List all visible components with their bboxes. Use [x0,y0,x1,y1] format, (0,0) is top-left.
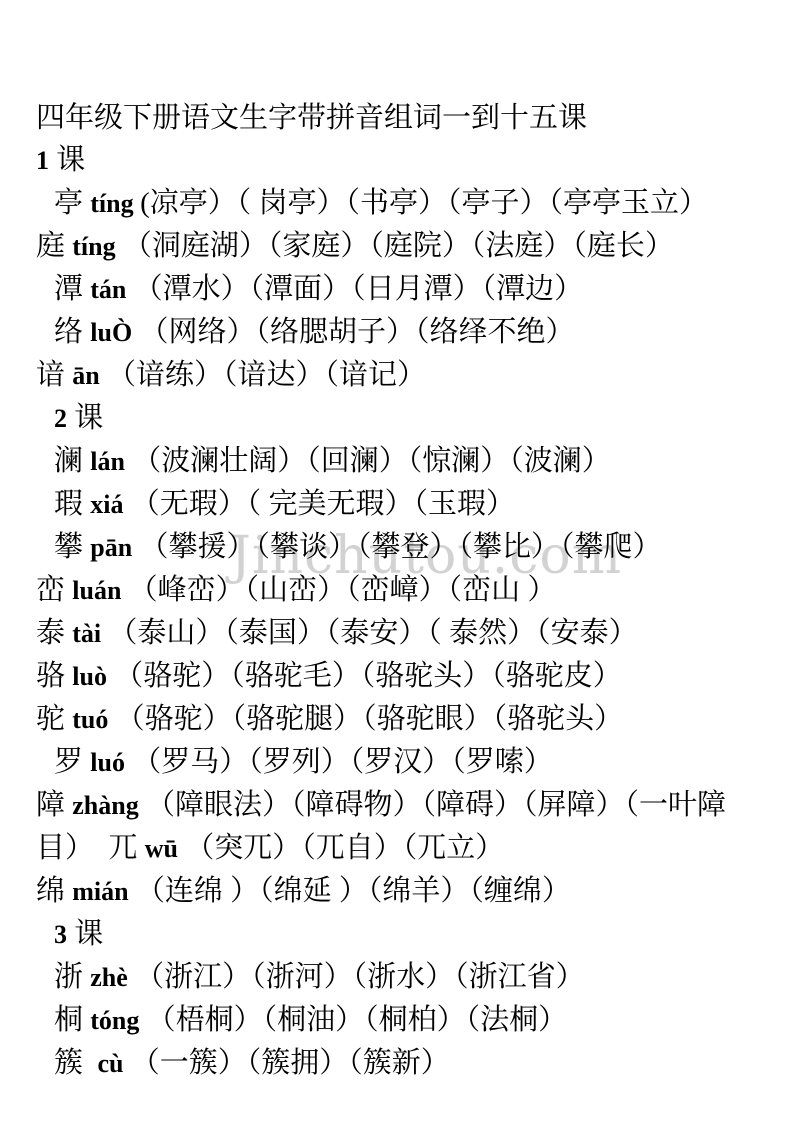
hanzi-text: 绵 [36,875,72,907]
hanzi-text: （潭水）（潭面）（日月潭）（潭边） [126,273,583,305]
hanzi-text: （峰峦）（山峦）（峦嶂）（峦山 ） [121,574,556,606]
text-line: 潭 tán （潭水）（潭面）（日月潭）（潭边） [36,268,726,311]
pinyin-text: wū [145,834,178,863]
text-line: 2 课 [36,397,726,440]
hanzi-text: （无瑕）（ 完美无瑕）（玉瑕） [124,488,516,520]
hanzi-text: 桐 [54,1004,90,1036]
pinyin-text: luò [72,662,107,691]
hanzi-text: 谙 [36,359,72,391]
lines: 1 课亭 tíng (凉亭）（ 岗亭）（书亭）（亭子）（亭亭玉立）庭 tíng … [36,139,726,1085]
hanzi-text: 攀 [54,531,90,563]
hanzi-text: （骆驼）（骆驼毛）（骆驼头）（骆驼皮） [107,660,622,692]
hanzi-text: （连绵 ）（绵延 ）（绵羊）（缠绵） [129,875,571,907]
pinyin-text: 2 [54,404,67,433]
text-line: 骆 luò （骆驼）（骆驼毛）（骆驼头）（骆驼皮） [36,655,726,698]
pinyin-text: luó [90,748,125,777]
pinyin-text: tíng [90,189,140,218]
text-line: 簇 cù （一簇）（簇拥）（簇新） [36,1042,726,1085]
hanzi-text: 澜 [54,445,90,477]
text-line: 1 课 [36,139,726,182]
hanzi-text: 簇 [54,1047,98,1079]
document-page: Jinchutou.com 四年级下册语文生字带拼音组词一到十五课 1 课亭 t… [0,0,800,1132]
hanzi-text: （浙江）（浙河）（浙水）（浙江省） [128,961,585,993]
hanzi-text: 庭 [36,230,72,262]
pinyin-text: xiá [90,490,123,519]
hanzi-text: （罗马）（罗列）（罗汉）（罗嗦） [125,746,553,778]
page-title: 四年级下册语文生字带拼音组词一到十五课 [36,97,726,139]
pinyin-text: 1 [36,146,49,175]
pinyin-text: lán [90,447,125,476]
pinyin-text: pān [90,533,132,562]
text-line: 庭 tíng （洞庭湖）（家庭）（庭院）（法庭）（庭长） [36,225,726,268]
text-line: 澜 lán （波澜壮阔）（回澜）（惊澜）（波澜） [36,440,726,483]
hanzi-text: （障眼法）（障碍物）（障碍）（屏障）（一叶障 [139,789,726,821]
text-line: 桐 tóng （梧桐）（桐油）（桐柏）（法桐） [36,999,726,1042]
hanzi-text: 课 [49,144,85,176]
hanzi-text: （梧桐）（桐油）（桐柏）（法桐） [139,1004,567,1036]
text-line: 3 课 [36,913,726,956]
text-line: 驼 tuó （骆驼）（骆驼腿）（骆驼眼）（骆驼头） [36,698,726,741]
text-line: 亭 tíng (凉亭）（ 岗亭）（书亭）（亭子）（亭亭玉立） [36,182,726,225]
pinyin-text: zhàng [72,791,138,820]
hanzi-text: 障 [36,789,72,821]
pinyin-text: tuó [72,705,108,734]
hanzi-text: （攀援）（攀谈）（攀登）（攀比）（攀爬） [132,531,661,563]
hanzi-text: 络 [54,316,90,348]
pinyin-text: luán [72,576,121,605]
text-line: 障 zhàng （障眼法）（障碍物）（障碍）（屏障）（一叶障 [36,784,726,827]
pinyin-text: mián [72,877,128,906]
hanzi-text: （网络）（络腮胡子）（络绎不绝） [132,316,574,348]
text-line: 攀 pān （攀援）（攀谈）（攀登）（攀比）（攀爬） [36,526,726,569]
text-line: 络 luÒ （网络）（络腮胡子）（络绎不绝） [36,311,726,354]
hanzi-text: 驼 [36,703,72,735]
pinyin-text: tíng [72,232,115,261]
hanzi-text: 泰 [36,617,72,649]
pinyin-text: luÒ [90,318,132,347]
document-content: 四年级下册语文生字带拼音组词一到十五课 1 课亭 tíng (凉亭）（ 岗亭）（… [36,97,726,1085]
text-line: 泰 tài （泰山）（泰国）（泰安）（ 泰然）（安泰） [36,612,726,655]
pinyin-text: tài [72,619,101,648]
hanzi-text: （突兀）（兀自）（兀立） [178,832,504,864]
text-line: 目） 兀 wū （突兀）（兀自）（兀立） [36,827,726,870]
pinyin-text: tán [90,275,126,304]
hanzi-text: 目） 兀 [36,832,145,864]
text-line: 峦 luán （峰峦）（山峦）（峦嶂）（峦山 ） [36,569,726,612]
pinyin-text: ān [72,361,99,390]
pinyin-text: 3 [54,920,67,949]
hanzi-text: 潭 [54,273,90,305]
text-line: 瑕 xiá （无瑕）（ 完美无瑕）（玉瑕） [36,483,726,526]
hanzi-text: 课 [67,402,103,434]
hanzi-text: (凉亭）（ 岗亭）（书亭）（亭子）（亭亭玉立） [140,187,708,219]
hanzi-text: （谙练）（谙达）（谙记） [100,359,426,391]
text-line: 罗 luó （罗马）（罗列）（罗汉）（罗嗦） [36,741,726,784]
pinyin-text: tóng [90,1006,139,1035]
hanzi-text: 罗 [54,746,90,778]
text-line: 浙 zhè （浙江）（浙河）（浙水）（浙江省） [36,956,726,999]
hanzi-text: 浙 [54,961,90,993]
hanzi-text: 亭 [54,187,90,219]
hanzi-text: （波澜壮阔）（回澜）（惊澜）（波澜） [125,445,611,477]
hanzi-text: 课 [67,918,103,950]
hanzi-text: 骆 [36,660,72,692]
text-line: 谙 ān （谙练）（谙达）（谙记） [36,354,726,397]
pinyin-text: cù [98,1049,124,1078]
hanzi-text: （一簇）（簇拥）（簇新） [124,1047,450,1079]
hanzi-text: （骆驼）（骆驼腿）（骆驼眼）（骆驼头） [108,703,623,735]
pinyin-text: zhè [90,963,128,992]
hanzi-text: （泰山）（泰国）（泰安）（ 泰然）（安泰） [101,617,638,649]
hanzi-text: 峦 [36,574,72,606]
hanzi-text: （洞庭湖）（家庭）（庭院）（法庭）（庭长） [116,230,674,262]
text-line: 绵 mián （连绵 ）（绵延 ）（绵羊）（缠绵） [36,870,726,913]
hanzi-text: 瑕 [54,488,90,520]
